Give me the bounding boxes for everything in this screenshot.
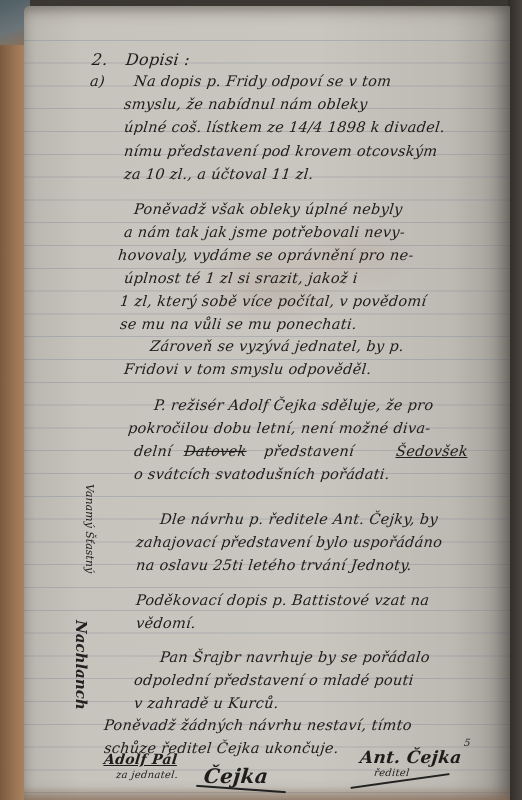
text-line: odpolední představení o mladé pouti — [133, 673, 414, 689]
struck-word: Datovek — [183, 444, 247, 460]
text-line: Fridovi v tom smyslu odpověděl. — [123, 362, 372, 378]
text-line: 1 zl, který sobě více počítal, v povědom… — [119, 294, 427, 310]
text-line: delní — [133, 444, 173, 460]
text-line: Poněvadž však obleky úplné nebyly — [133, 202, 403, 218]
section-number: 2. — [91, 50, 109, 69]
item-marker: a) — [89, 74, 106, 90]
text-line: P. režisér Adolf Čejka sděluje, že pro — [153, 398, 434, 414]
text-line: zahajovací představení bylo uspořádáno — [135, 535, 443, 551]
text-line: o svátcích svatodušních pořádati. — [133, 467, 390, 483]
text-line: za 10 zl., a účtoval 11 zl. — [123, 167, 314, 183]
text-line: nímu představení pod krovem otcovským — [123, 144, 438, 160]
underlined-word: Šedovšek — [395, 444, 469, 460]
page-mark: 5 — [463, 738, 471, 749]
margin-note: Nachlanch — [72, 620, 90, 710]
text-line: na oslavu 25ti letého trvání Jednoty. — [135, 558, 412, 574]
text-line: Na dopis p. Fridy odpoví se v tom — [133, 74, 392, 90]
signature-role: za jednatel. — [115, 770, 178, 781]
margin-note: Vanamý Šťastný — [83, 484, 96, 573]
text-line: Pan Šrajbr navrhuje by se pořádalo — [159, 650, 430, 666]
text-line: smyslu, že nabídnul nám obleky — [123, 97, 368, 113]
text-line: Dle návrhu p. ředitele Ant. Čejky, by — [159, 512, 439, 528]
text-line: vědomí. — [135, 616, 197, 632]
text-line: úplné coš. lístkem ze 14/4 1898 k divade… — [123, 120, 446, 136]
signature-cejka: Čejka — [203, 764, 270, 788]
text-line: v zahradě u Kurců. — [133, 696, 279, 712]
book-spine-right-edge — [508, 0, 522, 800]
text-line: pokročilou dobu letní, není možné diva- — [127, 421, 431, 437]
signature-adolf-pal: Adolf Pál — [103, 752, 178, 768]
text-line: hovovaly, vydáme se oprávnění pro ne- — [117, 248, 414, 264]
text-line: Poděkovací dopis p. Battistové vzat na — [135, 593, 430, 609]
section-title: Dopisi : — [125, 50, 191, 69]
text-line: a nám tak jak jsme potřebovali nevy- — [123, 225, 406, 241]
page-stain — [24, 786, 510, 800]
text-line: se mu na vůli se mu ponechati. — [119, 317, 357, 333]
text-line: Zároveň se vyzývá jednatel, by p. — [149, 339, 405, 355]
notebook-page: 2. Dopisi : a) Na dopis p. Fridy odpoví … — [24, 6, 510, 800]
text-line: Poněvadž žádných návrhu nestaví, tímto — [103, 718, 412, 734]
text-line: úplnost té 1 zl si srazit, jakož i — [123, 271, 358, 287]
signature-ant-cejka: Ant. Čejka — [359, 748, 463, 768]
signature-role: ředitel — [373, 768, 410, 779]
text-line: představení — [263, 444, 355, 460]
